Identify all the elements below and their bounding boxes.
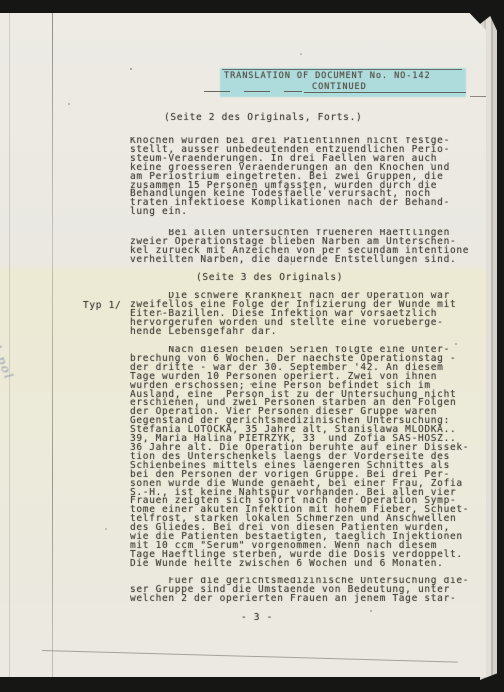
vertical-fold-line xyxy=(52,13,53,677)
margin-typ-note: Typ 1/ xyxy=(83,302,121,311)
stamp-title: TRANSLATION OF DOCUMENT No. NO-142 xyxy=(224,71,431,81)
document-page: mod pol TRANSLATION OF DOCUMENT No. NO-1… xyxy=(0,13,486,677)
handwritten-margin-annotation: mod pol xyxy=(0,319,35,426)
translation-stamp: TRANSLATION OF DOCUMENT No. NO-142 CONTI… xyxy=(204,66,486,100)
stamp-left-dashes xyxy=(204,91,302,92)
paragraph-operationstag: Nach diesen beiden Serien folgte eine Un… xyxy=(130,346,482,569)
scan-speckles xyxy=(0,13,2,15)
page-number: - 3 - xyxy=(241,614,273,623)
paragraph-untersuchung: Fuer die gerichtsmedizinische Untersuchu… xyxy=(130,577,482,604)
section-heading-seite2: (Seite 2 des Originals, Forts.) xyxy=(164,114,362,123)
scanned-document-background: mod pol TRANSLATION OF DOCUMENT No. NO-1… xyxy=(0,0,504,692)
left-page-edge-line xyxy=(9,13,10,677)
bottom-fold-scratch xyxy=(42,650,458,663)
stamp-continued-label: CONTINUED xyxy=(312,82,367,92)
paragraph-knochen: Knochen wurden bei drei Patientinnen nic… xyxy=(130,137,480,217)
section-heading-seite3: (Seite 3 des Originals) xyxy=(196,274,343,283)
paragraph-krankheit: Die schwere Krankheit nach der Operation… xyxy=(130,292,480,337)
stamp-underline xyxy=(304,92,466,93)
paragraph-narben: Bei allen untersuchten frueheren Haeftli… xyxy=(130,229,480,265)
